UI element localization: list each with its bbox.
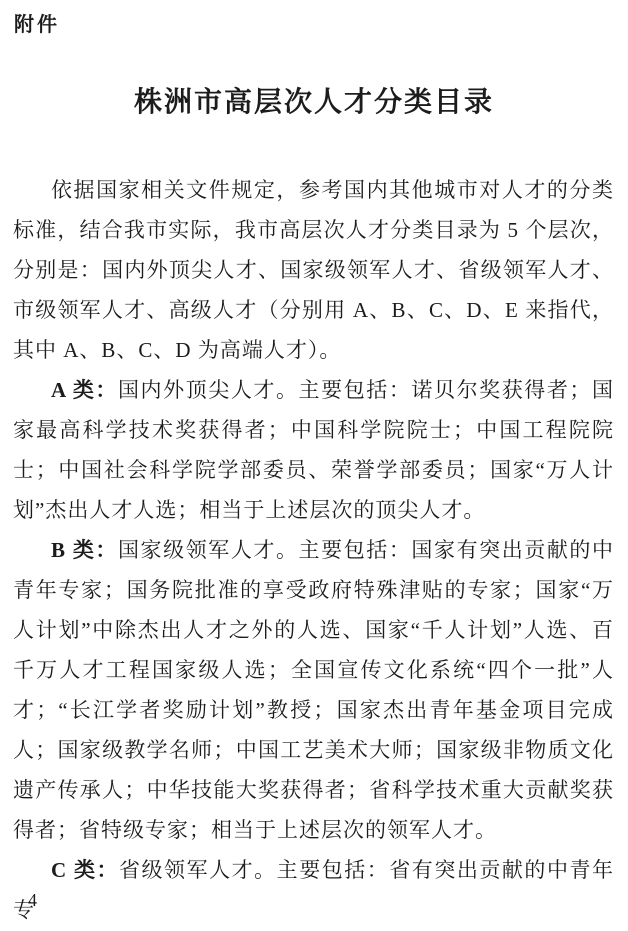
class-c-label: C 类：: [51, 858, 119, 882]
document-title: 株洲市高层次人才分类目录: [0, 80, 628, 120]
class-a-label: A 类：: [51, 378, 118, 402]
class-b-label: B 类：: [51, 538, 118, 562]
class-a-paragraph: A 类：国内外顶尖人才。主要包括：诺贝尔奖获得者；国家最高科学技术奖获得者；中国…: [13, 370, 614, 530]
page-number: 4: [28, 890, 37, 911]
document-page: 附件 株洲市高层次人才分类目录 依据国家相关文件规定，参考国内其他城市对人才的分…: [0, 0, 628, 931]
intro-paragraph-text: 依据国家相关文件规定，参考国内其他城市对人才的分类标准，结合我市实际，我市高层次…: [13, 178, 614, 362]
document-body: 依据国家相关文件规定，参考国内其他城市对人才的分类标准，结合我市实际，我市高层次…: [13, 170, 614, 930]
class-c-paragraph: C 类：省级领军人才。主要包括：省有突出贡献的中青年专: [13, 850, 614, 930]
attachment-label: 附件: [14, 8, 60, 37]
class-b-text: 国家级领军人才。主要包括：国家有突出贡献的中青年专家；国务院批准的享受政府特殊津…: [13, 538, 614, 842]
class-b-paragraph: B 类：国家级领军人才。主要包括：国家有突出贡献的中青年专家；国务院批准的享受政…: [13, 530, 614, 850]
intro-paragraph: 依据国家相关文件规定，参考国内其他城市对人才的分类标准，结合我市实际，我市高层次…: [13, 170, 614, 370]
